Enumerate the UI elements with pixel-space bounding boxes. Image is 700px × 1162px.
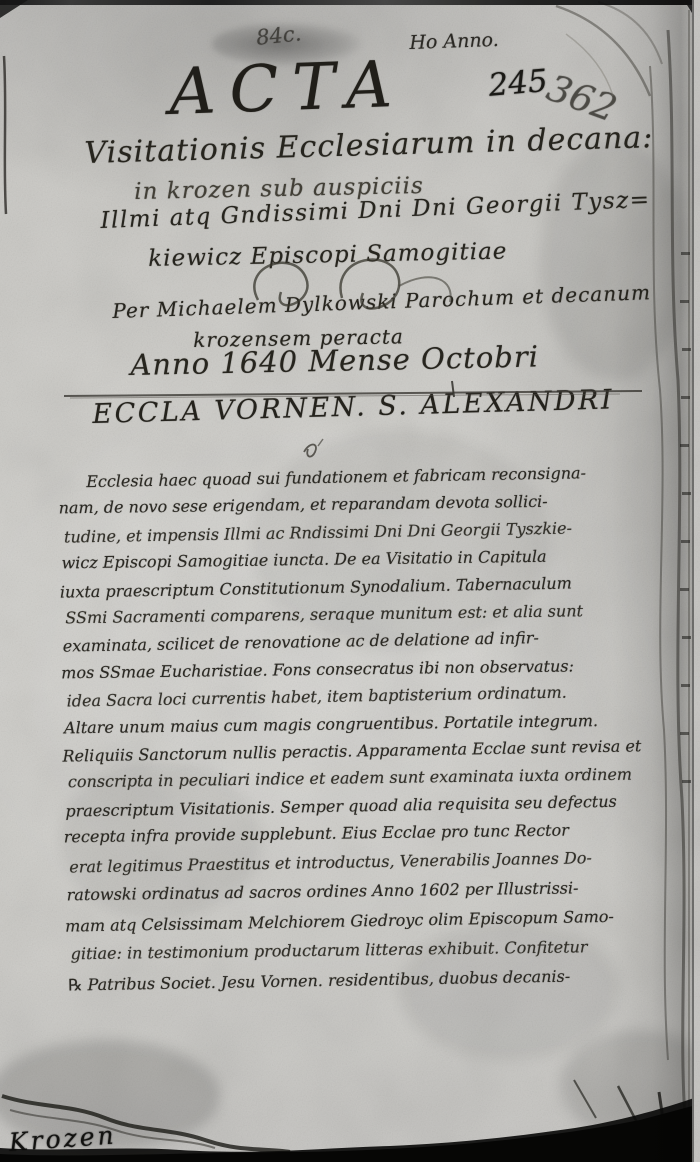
paper-texture xyxy=(0,0,700,1162)
manuscript-page: 84c. Ho Anno. 245 362 ACTA Visitationis … xyxy=(0,0,700,1162)
